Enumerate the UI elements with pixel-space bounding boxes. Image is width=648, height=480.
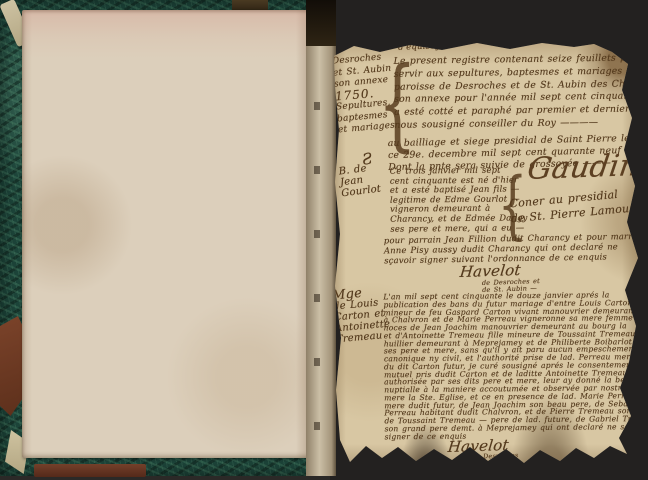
manuscript-page: d'equisoy + —— { Desrocheset St. Aubinso… — [332, 38, 644, 474]
bapteme-entry: Ce trois janvier mil septcent cinquante … — [390, 165, 528, 234]
handwritten-line: et St. Aubin — [472, 460, 519, 468]
register-opening-entry: Le present registre contenant seize feui… — [393, 52, 648, 132]
header-flourish-mark: + —— — [488, 37, 519, 49]
binding-gutter-top — [306, 0, 336, 46]
margin-note-bapteme: B. deJeanGourlot — [338, 162, 382, 200]
margin-note-register: Desrocheset St. Aubinson annexe1750.Sepu… — [332, 52, 397, 137]
binding-stitches — [314, 46, 320, 476]
side-note-presidial: Coner au presidialde St. Pierre Lamousti… — [509, 184, 648, 227]
mariage-entry: L'an mil sept cent cinquante le douze ja… — [383, 291, 648, 441]
binding-gutter — [306, 0, 336, 476]
blank-flyleaf-page — [22, 10, 310, 458]
handwritten-line: nous sousigné conseiller du Roy ———— — [394, 116, 648, 132]
signature-havelot-title: de Desrocheset St. Aubin — [472, 453, 519, 468]
archive-scan-page: d'equisoy + —— { Desrocheset St. Aubinso… — [0, 0, 648, 480]
signature-gaudin: Gaudin — [525, 148, 641, 187]
handwritten-line: de Desroches — [472, 453, 519, 461]
leather-patch-bottom — [34, 464, 146, 477]
